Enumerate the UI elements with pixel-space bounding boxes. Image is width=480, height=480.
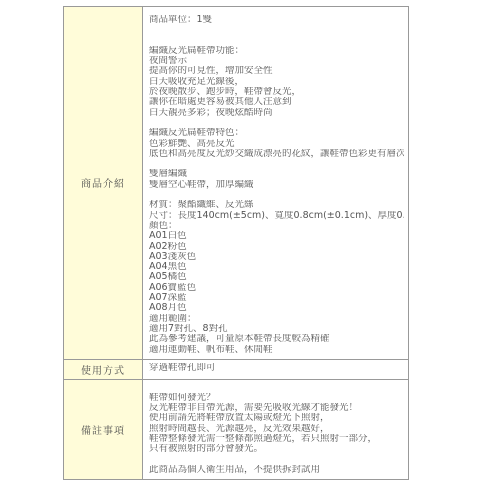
text-line: A05橘色 (149, 272, 404, 282)
text-line (149, 25, 404, 35)
text-line: 材質：聚酯纖維、反光絲 (149, 200, 404, 210)
text-line (149, 190, 404, 200)
text-line (149, 455, 404, 465)
table-row-intro: 商品介紹 商品單位：1雙 編織反光扁鞋帶功能：夜間警示提高你的可見性，增加安全性… (64, 7, 409, 360)
text-line: 使用前請先將鞋帶放置太陽或燈光下照射， (149, 413, 404, 423)
row-content-intro: 商品單位：1雙 編織反光扁鞋帶功能：夜間警示提高你的可見性，增加安全性白天吸收充… (143, 7, 409, 360)
text-line: 雙層編織 (149, 169, 404, 179)
text-line: 商品單位：1雙 (149, 15, 404, 25)
product-description-page: 商品介紹 商品單位：1雙 編織反光扁鞋帶功能：夜間警示提高你的可見性，增加安全性… (0, 0, 480, 480)
text-line: 此為參考建議，可量原本鞋帶長度較為精確 (149, 334, 404, 344)
row-content-notes: 鞋帶如何發光？反光鞋帶非自帶光源，需要先吸收光線才能發光！使用前請先將鞋帶放置太… (143, 379, 409, 479)
text-line: 雙層空心鞋帶，加厚編織 (149, 180, 404, 190)
text-line: 編織反光扁鞋帶功能： (149, 46, 404, 56)
text-line: 適用運動鞋、帆布鞋、休閒鞋 (149, 345, 404, 355)
text-line: 反光鞋帶非自帶光源，需要先吸收光線才能發光！ (149, 403, 404, 413)
row-label-notes: 備註事項 (64, 379, 143, 479)
text-line (149, 118, 404, 128)
text-line: A06寶藍色 (149, 283, 404, 293)
product-info-table: 商品介紹 商品單位：1雙 編織反光扁鞋帶功能：夜間警示提高你的可見性，增加安全性… (63, 6, 409, 480)
text-line: A08月色 (149, 303, 404, 313)
text-line: A07深藍 (149, 293, 404, 303)
row-label-intro: 商品介紹 (64, 7, 143, 360)
row-content-usage: 穿過鞋帶孔即可 (143, 359, 409, 379)
notes-text-block: 鞋帶如何發光？反光鞋帶非自帶光源，需要先吸收光線才能發光！使用前請先將鞋帶放置太… (149, 393, 404, 475)
text-line: 尺寸：長度140cm(±5cm)、寬度0.8cm(±0.1cm)、厚度0.1cm (149, 211, 404, 221)
text-line: A02粉色 (149, 242, 404, 252)
text-line: A04黑色 (149, 262, 404, 272)
text-line: 鞋帶整條發光需一整條都照過燈光，若只照射一部分， (149, 434, 404, 444)
text-line (149, 36, 404, 46)
text-line: 只有被照射的部分會發光。 (149, 444, 404, 454)
text-line: 照射時間越長、光源越亮，反光效果越好， (149, 424, 404, 434)
table-row-usage: 使用方式 穿過鞋帶孔即可 (64, 359, 409, 379)
text-line: 適用7對孔、8對孔 (149, 324, 404, 334)
text-line: A03淺灰色 (149, 252, 404, 262)
text-line: 於夜晚散步、跑步時，鞋帶會反光， (149, 87, 404, 97)
text-line: 顏色： (149, 221, 404, 231)
text-line: A01白色 (149, 231, 404, 241)
text-line: 夜間警示 (149, 56, 404, 66)
text-line: 底色和高亮度反光紗交織成漂亮的花紋，讓鞋帶色彩更有層次 (149, 149, 404, 159)
text-line: 白天靚亮多彩；夜晚炫酷時尚 (149, 108, 404, 118)
text-line (149, 159, 404, 169)
text-line: 讓你在暗處更容易被其他人注意到 (149, 97, 404, 107)
text-line: 編織反光扁鞋帶特色： (149, 128, 404, 138)
text-line: 色彩鮮艷、高亮反光 (149, 139, 404, 149)
text-line: 鞋帶如何發光？ (149, 393, 404, 403)
text-line: 適用範圍： (149, 314, 404, 324)
row-label-usage: 使用方式 (64, 359, 143, 379)
text-line: 穿過鞋帶孔即可 (149, 363, 404, 373)
text-line: 提高你的可見性，增加安全性 (149, 66, 404, 76)
table-row-notes: 備註事項 鞋帶如何發光？反光鞋帶非自帶光源，需要先吸收光線才能發光！使用前請先將… (64, 379, 409, 479)
text-line: 白天吸收充足光線後， (149, 77, 404, 87)
intro-text-block: 商品單位：1雙 編織反光扁鞋帶功能：夜間警示提高你的可見性，增加安全性白天吸收充… (149, 15, 404, 355)
usage-text-block: 穿過鞋帶孔即可 (149, 363, 404, 373)
text-line: 此商品為個人衛生用品，不提供拆封試用 (149, 465, 404, 475)
